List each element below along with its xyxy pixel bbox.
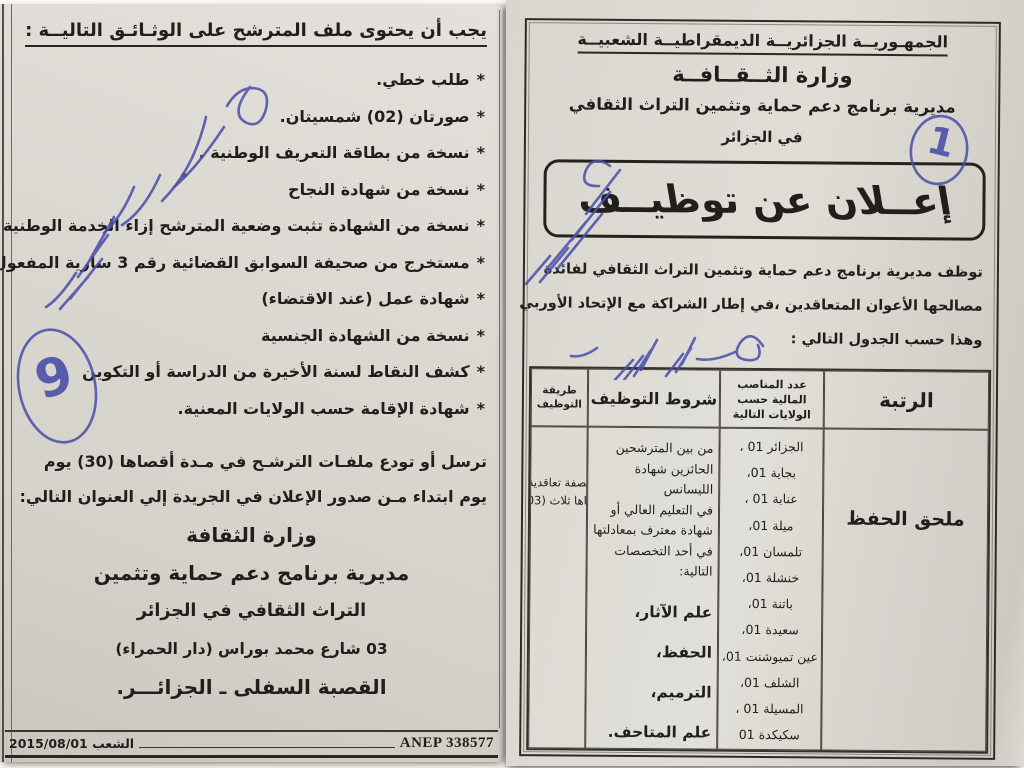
required-documents-list: *طلب خطي. *صورتان (02) شمسيتان. *نسخة من… [4,62,485,427]
method-line: لمدة أقصاها ثلاث (03) سنوات [528,491,588,510]
deadline-line: يوم ابتداء مـن صدور الإعلان في الجريدة إ… [10,479,487,514]
document-item-text: نسخة من بطاقة التعريف الوطنية . [199,143,470,162]
newspaper-footer: ANEP 338577 الشعب 2015/08/01 [5,730,498,758]
bullet-asterisk: * [477,362,485,381]
conditions-intro-lines: من بين المترشحين الحائزين شهادة الليسانس… [592,438,713,582]
document-item-text: كشف النقاط لسنة الأخيرة من الدراسة أو ال… [82,362,470,381]
document-item: *طلب خطي. [4,62,485,99]
bullet-asterisk: * [477,180,485,199]
job-announcement-title: إعــلان عن توظيــف [574,177,955,224]
ministry-of-culture-line: وزارة الثــقــافــة [526,61,998,89]
document-item-text: طلب خطي. [376,70,470,89]
document-item-text: نسخة من الشهادة الجنسية [261,326,470,345]
wilaya-position-item: عنابة 01 ، [720,486,822,513]
bullet-asterisk: * [477,399,485,418]
directorate-line: مديرية برنامج دعم حماية وتثمين التراث ال… [526,94,998,117]
document-item: *نسخة من شهادة النجاح [4,172,485,209]
document-item: *نسخة من بطاقة التعريف الوطنية . [4,135,485,172]
address-line: التراث الثقافي في الجزائر [0,592,503,630]
table-cell-conditions: من بين المترشحين الحائزين شهادة الليسانس… [585,427,720,750]
wilaya-position-item: سعيدة 01، [719,617,821,644]
required-documents-title: يجب أن يحتوى ملف المترشح على الوثـائـق ا… [8,20,487,41]
journal-name-and-date: الشعب 2015/08/01 [9,736,134,751]
document-item-text: شهادة عمل (عند الاقتضاء) [261,289,469,308]
intro-line: وهذا حسب الجدول التالي : [530,320,982,358]
right-clipping-announcement-page: الجمهـوريــة الجزائريــة الديمقراطيــة ا… [506,0,1024,766]
specialty-item: علم المتاحف. [591,711,711,749]
red-ink-speck [181,173,187,177]
announcement-intro-paragraph: توظف مديرية برنامج دعم حماية وتثمين التر… [530,252,983,358]
document-item: *نسخة من الشهادة الجنسية [4,318,485,355]
left-clipping-documents-page: يجب أن يحتوى ملف المترشح على الوثـائـق ا… [0,4,503,762]
address-line: 03 شارع محمد بوراس (دار الحمراء) [0,630,503,668]
document-item-text: نسخة من الشهادة تثبت وضعية المترشح إزاء … [3,216,470,235]
wilaya-position-item: تلمسان 01، [720,539,822,566]
advert-border-frame: الجمهـوريــة الجزائريــة الديمقراطيــة ا… [519,18,1001,760]
table-cell-rank: ملحق الحفظ [821,429,989,752]
conditions-intro-line: من بين المترشحين الحائزين شهادة الليسانس [593,438,713,500]
wilaya-position-item: باتنة 01، [719,591,821,618]
specialty-item: علم الآثار، الحفظ، [592,591,713,672]
document-item: *شهادة عمل (عند الاقتضاء) [4,281,485,318]
method-line: بصفة تعاقدية [528,473,588,492]
wilaya-position-item: المسيلة 01 ، [718,696,820,723]
document-item-text: شهادة الإقامة حسب الولايات المعنية. [178,399,470,418]
address-line: وزارة الثقافة [0,516,503,554]
bullet-asterisk: * [477,326,485,345]
anep-reference: ANEP 338577 [400,735,494,752]
bullet-asterisk: * [477,253,485,272]
conditions-intro-line: في التعليم العالي أو شهادة معترف بمعادلت… [592,499,713,582]
document-item-text: صورتان (02) شمسيتان. [280,107,470,126]
document-item-text: نسخة من شهادة النجاح [288,180,470,199]
mailing-address-block: وزارة الثقافة مديرية برنامج دعم حماية وت… [0,516,503,706]
republic-header-text: الجمهـوريــة الجزائريــة الديمقراطيــة ا… [577,30,948,57]
document-item: *نسخة من الشهادة تثبت وضعية المترشح إزاء… [4,208,485,245]
deadline-line: ترسل أو تودع ملفـات الترشـح في مـدة أقصا… [10,444,487,479]
table-cell-positions: الجزائر 01 ، بجاية 01، عنابة 01 ، ميلة 0… [717,428,824,751]
table-cell-method: بصفة تعاقدية لمدة أقصاها ثلاث (03) سنوات [528,426,588,748]
recruitment-table: الرتبة عدد المناصب المالية حسب الولايات … [526,366,991,754]
intro-line: مصالحها الأعوان المتعاقدين ،في إطار الشر… [531,286,983,324]
table-header-rank: الرتبة [824,371,989,430]
bullet-asterisk: * [477,70,485,89]
wilaya-position-item: عين تميوشنت 01، [719,643,821,670]
required-documents-title-text: يجب أن يحتوى ملف المترشح على الوثـائـق ا… [25,20,487,47]
bullet-asterisk: * [477,289,485,308]
wilaya-position-item: سكيكدة 01 [718,722,820,749]
address-line: القصبة السفلى ـ الجزائـــر. [0,668,503,706]
submission-deadline-paragraph: ترسل أو تودع ملفـات الترشـح في مـدة أقصا… [10,444,487,514]
document-item: *مستخرج من صحيفة السوابق القضائية رقم 3 … [4,245,485,282]
bullet-asterisk: * [477,107,485,126]
specialty-item: الترميم، [591,671,711,712]
wilaya-positions-list: الجزائر 01 ، بجاية 01، عنابة 01 ، ميلة 0… [718,429,823,749]
footer-divider-line [139,747,395,748]
job-announcement-title-box: إعــلان عن توظيــف [543,159,986,240]
republic-header: الجمهـوريــة الجزائريــة الديمقراطيــة ا… [527,29,999,52]
wilaya-position-item: الشلف 01، [719,670,821,697]
bullet-asterisk: * [477,216,485,235]
intro-line: توظف مديرية برنامج دعم حماية وتثمين التر… [531,252,983,290]
wilaya-position-item: بجاية 01، [720,460,822,487]
table-header-method: طريقة التوظيف [531,368,588,426]
specialties-list: علم الآثار، الحفظ، الترميم، علم المتاحف. [591,591,712,749]
wilaya-position-item: ميلة 01، [720,512,822,539]
document-item: *كشف النقاط لسنة الأخيرة من الدراسة أو ا… [4,354,485,391]
bullet-asterisk: * [477,143,485,162]
document-item: *صورتان (02) شمسيتان. [4,99,485,136]
document-item-text: مستخرج من صحيفة السوابق القضائية رقم 3 س… [0,253,470,272]
wilaya-position-item: خنشلة 01، [719,565,821,592]
method-lines: بصفة تعاقدية لمدة أقصاها ثلاث (03) سنوات [528,473,588,510]
address-line: مديرية برنامج دعم حماية وتثمين [0,554,503,592]
table-header-positions: عدد المناصب المالية حسب الولايات التالية [720,370,824,429]
table-header-conditions: شروط التوظيف [588,369,720,428]
wilaya-position-item: الجزائر 01 ، [720,434,822,461]
